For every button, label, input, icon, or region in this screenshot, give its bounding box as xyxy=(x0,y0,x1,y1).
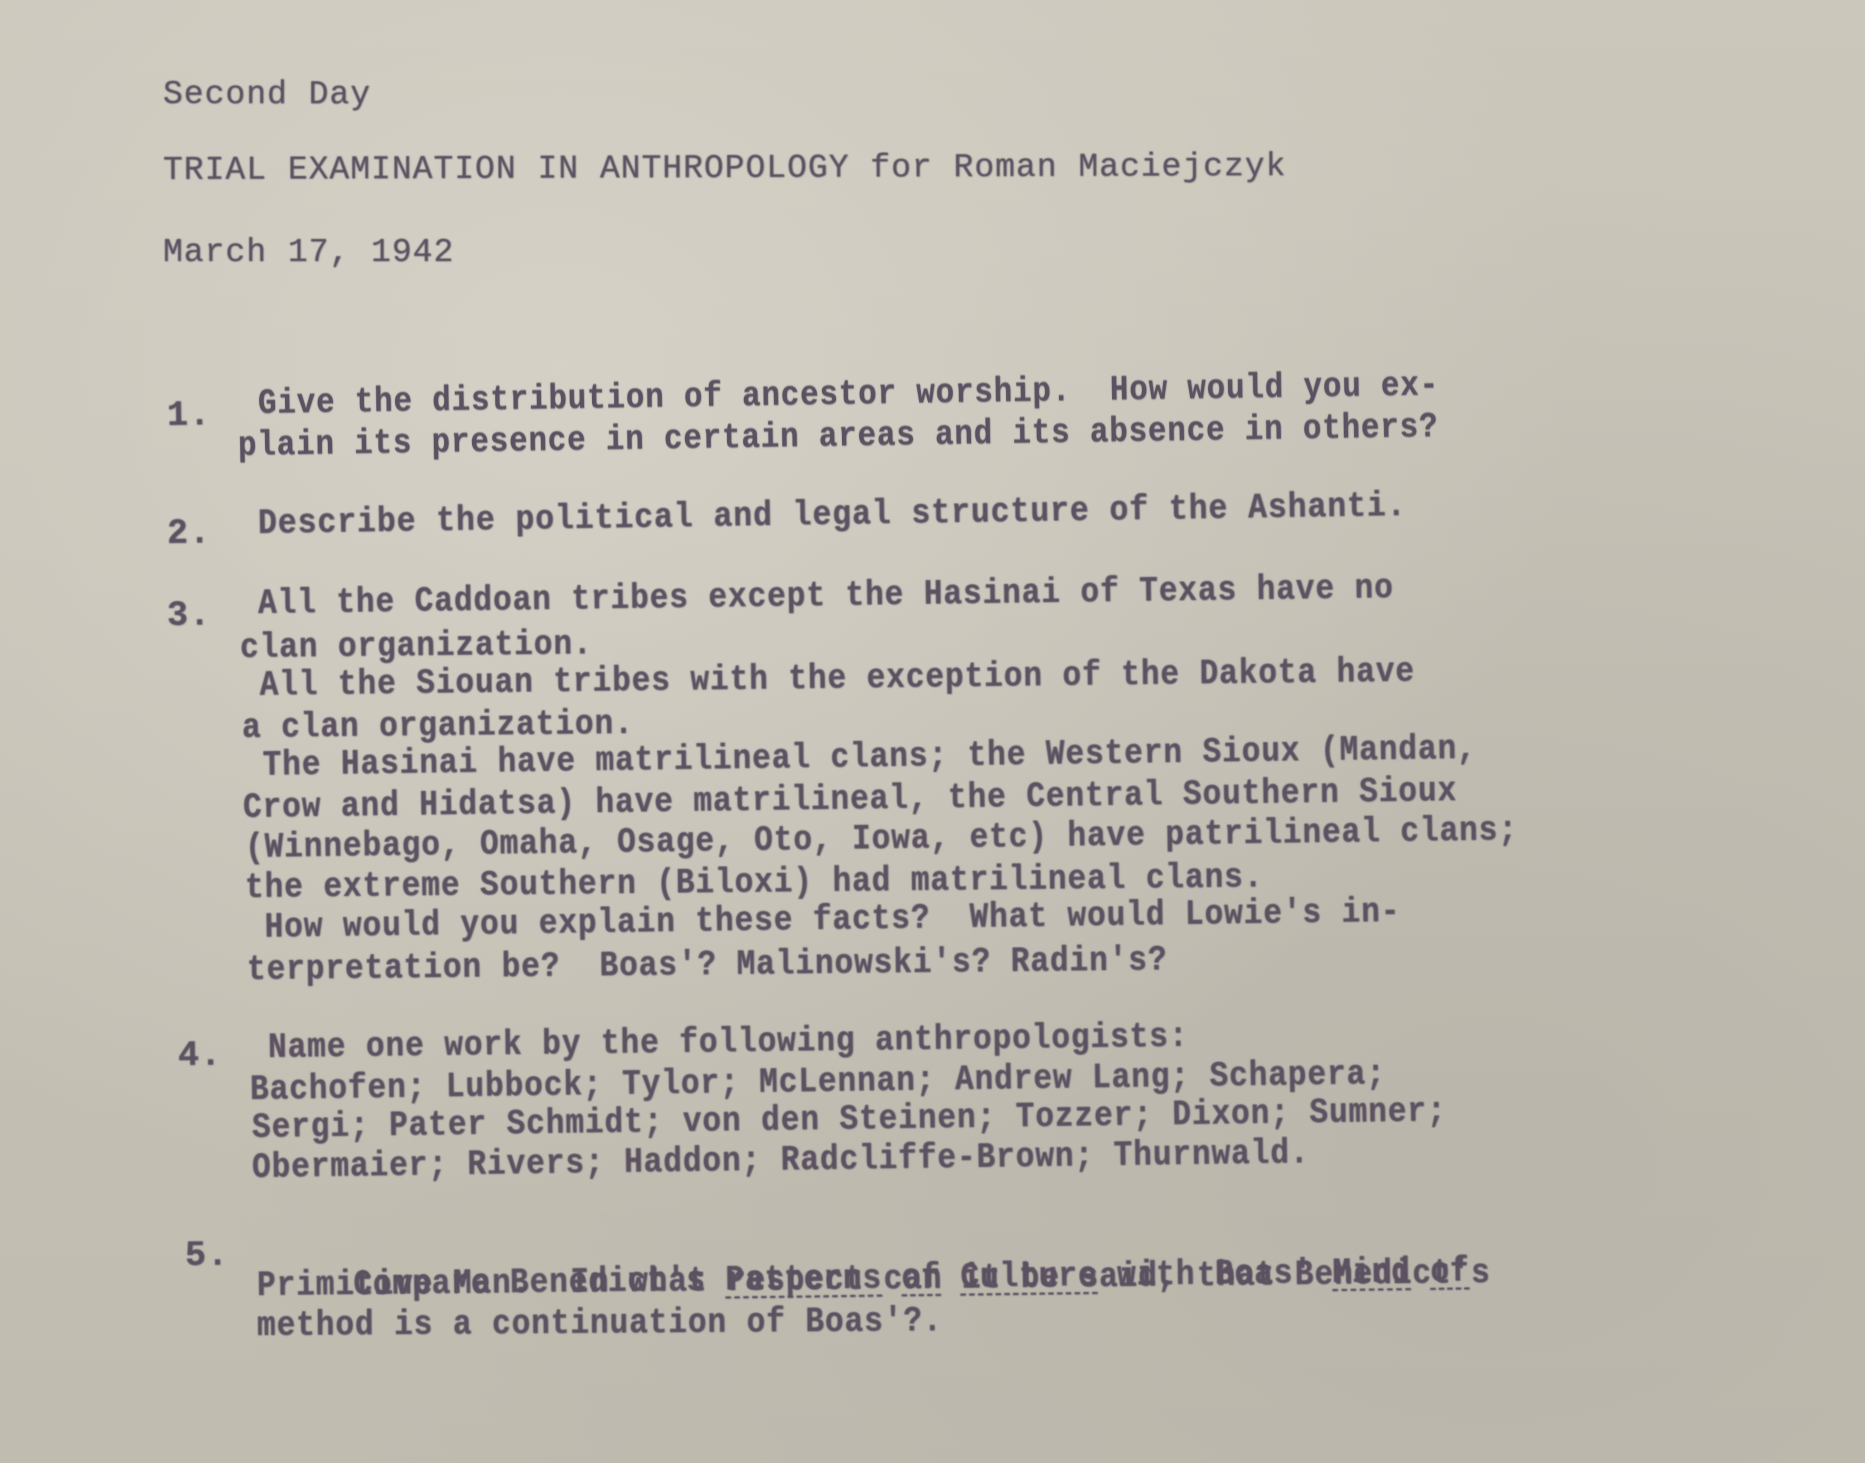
question-1-number: 1. xyxy=(167,395,212,436)
question-5-line: method is a continuation of Boas'?. xyxy=(257,1301,943,1346)
question-4-number: 4. xyxy=(178,1036,222,1076)
header-date: March 17, 1942 xyxy=(163,234,454,271)
question-2-line: Describe the political and legal structu… xyxy=(258,486,1407,544)
question-3-number: 3. xyxy=(167,595,212,636)
question-3-line: All the Caddoan tribes except the Hasina… xyxy=(258,568,1394,624)
question-5-number: 5. xyxy=(185,1236,229,1276)
typed-exam-page: Second Day TRIAL EXAMINATION IN ANTHROPO… xyxy=(0,0,1865,1463)
question-3-line: terpretation be? Boas'? Malinowski's? Ra… xyxy=(247,940,1168,990)
header-day: Second Day xyxy=(163,76,371,113)
header-title: TRIAL EXAMINATION IN ANTHROPOLOGY for Ro… xyxy=(163,148,1286,189)
question-2-number: 2. xyxy=(167,513,212,554)
